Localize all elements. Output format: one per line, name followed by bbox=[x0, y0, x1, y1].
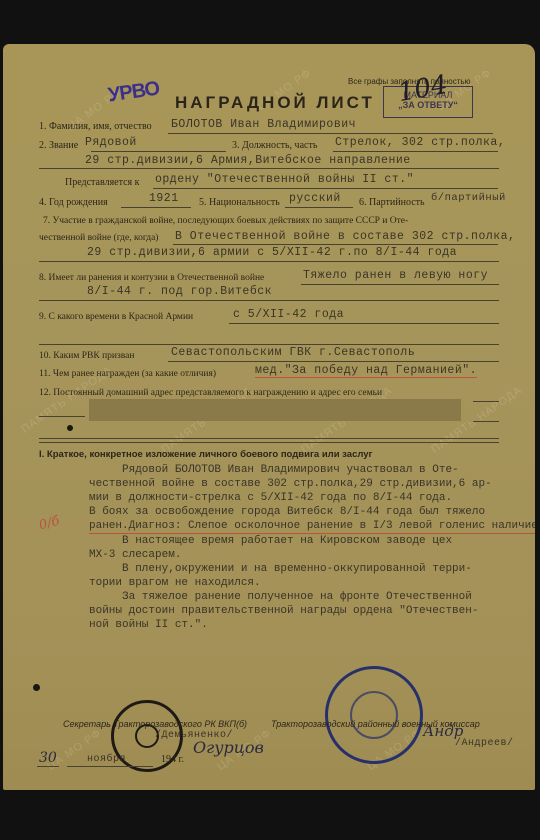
field-underline bbox=[39, 168, 499, 169]
field-underline bbox=[285, 207, 353, 208]
field-label-nationality: 5. Национальность bbox=[199, 197, 280, 208]
date-underline bbox=[37, 766, 59, 767]
award-sheet: ЦА МО РФ ЦА МО РФ ЦА МО РФ ПАМЯТЬ НАРОДА… bbox=[3, 44, 535, 790]
paragraph-line: В боях за освобождение города Витебск 8/… bbox=[89, 505, 535, 519]
field-value-party: б/партийный bbox=[431, 192, 506, 204]
field-value-nationality: русский bbox=[289, 192, 341, 205]
right-signatory-name: /Андреев/ bbox=[455, 738, 514, 749]
field-label-party: 6. Партийность bbox=[359, 197, 425, 208]
paragraph-line: За тяжелое ранение полученное на фронте … bbox=[89, 590, 535, 604]
field-value-name: БОЛОТОВ Иван Владимирович bbox=[171, 118, 356, 131]
section-heading: I. Краткое, конкретное изложение личного… bbox=[39, 449, 373, 460]
section-divider bbox=[39, 442, 499, 443]
punch-hole bbox=[67, 425, 73, 431]
page-title: НАГРАДНОЙ ЛИСТ bbox=[175, 93, 375, 113]
field-underline bbox=[473, 421, 499, 422]
paragraph-line: войны достоин правительственной награды … bbox=[89, 604, 535, 618]
field-underline bbox=[333, 151, 498, 152]
paragraph-line: ной войны II ст.". bbox=[89, 618, 535, 632]
field-label-participation-cont: чественной войне (где, когда) bbox=[39, 233, 158, 243]
paragraph-line: мии в должности-стрелка с 5/XII-42 года … bbox=[89, 491, 535, 505]
paragraph-line: В плену,окружении и на временно-оккупиро… bbox=[89, 562, 535, 576]
field-underline bbox=[153, 188, 498, 189]
field-label-army-since: 9. С какого времени в Красной Армии bbox=[39, 312, 193, 322]
field-label-address: 12. Постоянный домашний адрес представля… bbox=[39, 388, 382, 398]
field-value-participation: В Отечественной войне в составе 302 стр.… bbox=[175, 230, 515, 243]
left-signature: Огурцов bbox=[193, 738, 264, 757]
paragraph-line: В настоящее время работает на Кировском … bbox=[89, 534, 535, 548]
field-label-prior-awards: 11. Чем ранее награжден (за какие отличи… bbox=[39, 369, 216, 379]
section-divider bbox=[39, 438, 499, 439]
field-underline bbox=[473, 401, 499, 402]
field-underline bbox=[91, 151, 226, 152]
field-label-participation: 7. Участие в гражданской войне, последую… bbox=[43, 216, 408, 226]
paragraph-line: тории врагом не находился. bbox=[89, 576, 535, 590]
field-value-wounds: Тяжело ранен в левую ногу bbox=[303, 269, 488, 282]
field-value-position-cont: 29 стр.дивизии,6 Армия,Витебское направл… bbox=[85, 154, 411, 167]
field-label-rvk: 10. Каким РВК призван bbox=[39, 351, 134, 361]
left-signatory-role: Секретарь Тракторозаводского РК ВКП(б) bbox=[63, 719, 247, 729]
field-label-wounds: 8. Имеет ли ранения и контузии в Отечест… bbox=[39, 273, 264, 283]
field-label-rank: 2. Звание bbox=[39, 140, 78, 151]
presented-label: Представляется к bbox=[65, 177, 140, 188]
field-value-position: Стрелок, 302 стр.полка, bbox=[335, 136, 505, 149]
paragraph-line: чественной войне в составе 302 стр.полка… bbox=[89, 477, 535, 491]
paragraph-line: с наличием инородного тела и повреждение… bbox=[478, 519, 535, 534]
field-value-participation-cont: 29 стр.дивизии,6 армии с 5/XII-42 г.по 8… bbox=[87, 246, 457, 259]
field-value-rank: Рядовой bbox=[85, 136, 137, 149]
presented-value: ордену "Отечественной войны II ст." bbox=[155, 173, 414, 186]
date-year: 194 г. bbox=[161, 754, 184, 765]
field-label-birth-year: 4. Год рождения bbox=[39, 197, 108, 208]
field-underline bbox=[39, 300, 499, 301]
field-label-position: 3. Должность, часть bbox=[232, 140, 317, 151]
field-value-birth-year: 1921 bbox=[149, 192, 179, 205]
field-label-name: 1. Фамилия, имя, отчество bbox=[39, 121, 152, 132]
field-value-wounds-cont: 8/I-44 г. под гор.Витебск bbox=[87, 285, 272, 298]
field-value-prior-awards: мед."За победу над Германией". bbox=[255, 364, 477, 378]
merit-description: Рядовой БОЛОТОВ Иван Владимирович участв… bbox=[89, 463, 535, 632]
date-day: 30 bbox=[39, 750, 57, 766]
field-value-army-since: с 5/XII-42 года bbox=[233, 308, 344, 321]
commissariat-round-stamp bbox=[325, 666, 423, 764]
violet-stamp: УРВО bbox=[107, 78, 161, 108]
field-value-rvk: Севастопольским ГВК г.Севастополь bbox=[171, 346, 415, 359]
date-month: ноября bbox=[87, 754, 126, 765]
field-underline bbox=[168, 361, 499, 362]
paragraph-line: МХ-3 слесарем. bbox=[89, 548, 535, 562]
field-underline bbox=[168, 133, 493, 134]
field-underline bbox=[173, 244, 498, 245]
field-underline bbox=[121, 207, 191, 208]
paragraph-line: Рядовой БОЛОТОВ Иван Владимирович участв… bbox=[89, 463, 535, 477]
field-underline bbox=[39, 261, 499, 262]
field-underline bbox=[229, 323, 499, 324]
date-underline bbox=[67, 766, 153, 767]
margin-note: 0/б bbox=[37, 514, 61, 534]
punch-hole bbox=[33, 684, 40, 691]
field-underline bbox=[301, 284, 499, 285]
redacted-address bbox=[89, 399, 461, 421]
paragraph-line: ранен.Диагноз: Слепое осколочное ранение… bbox=[89, 519, 478, 534]
field-underline bbox=[39, 416, 85, 417]
field-underline bbox=[39, 344, 499, 345]
